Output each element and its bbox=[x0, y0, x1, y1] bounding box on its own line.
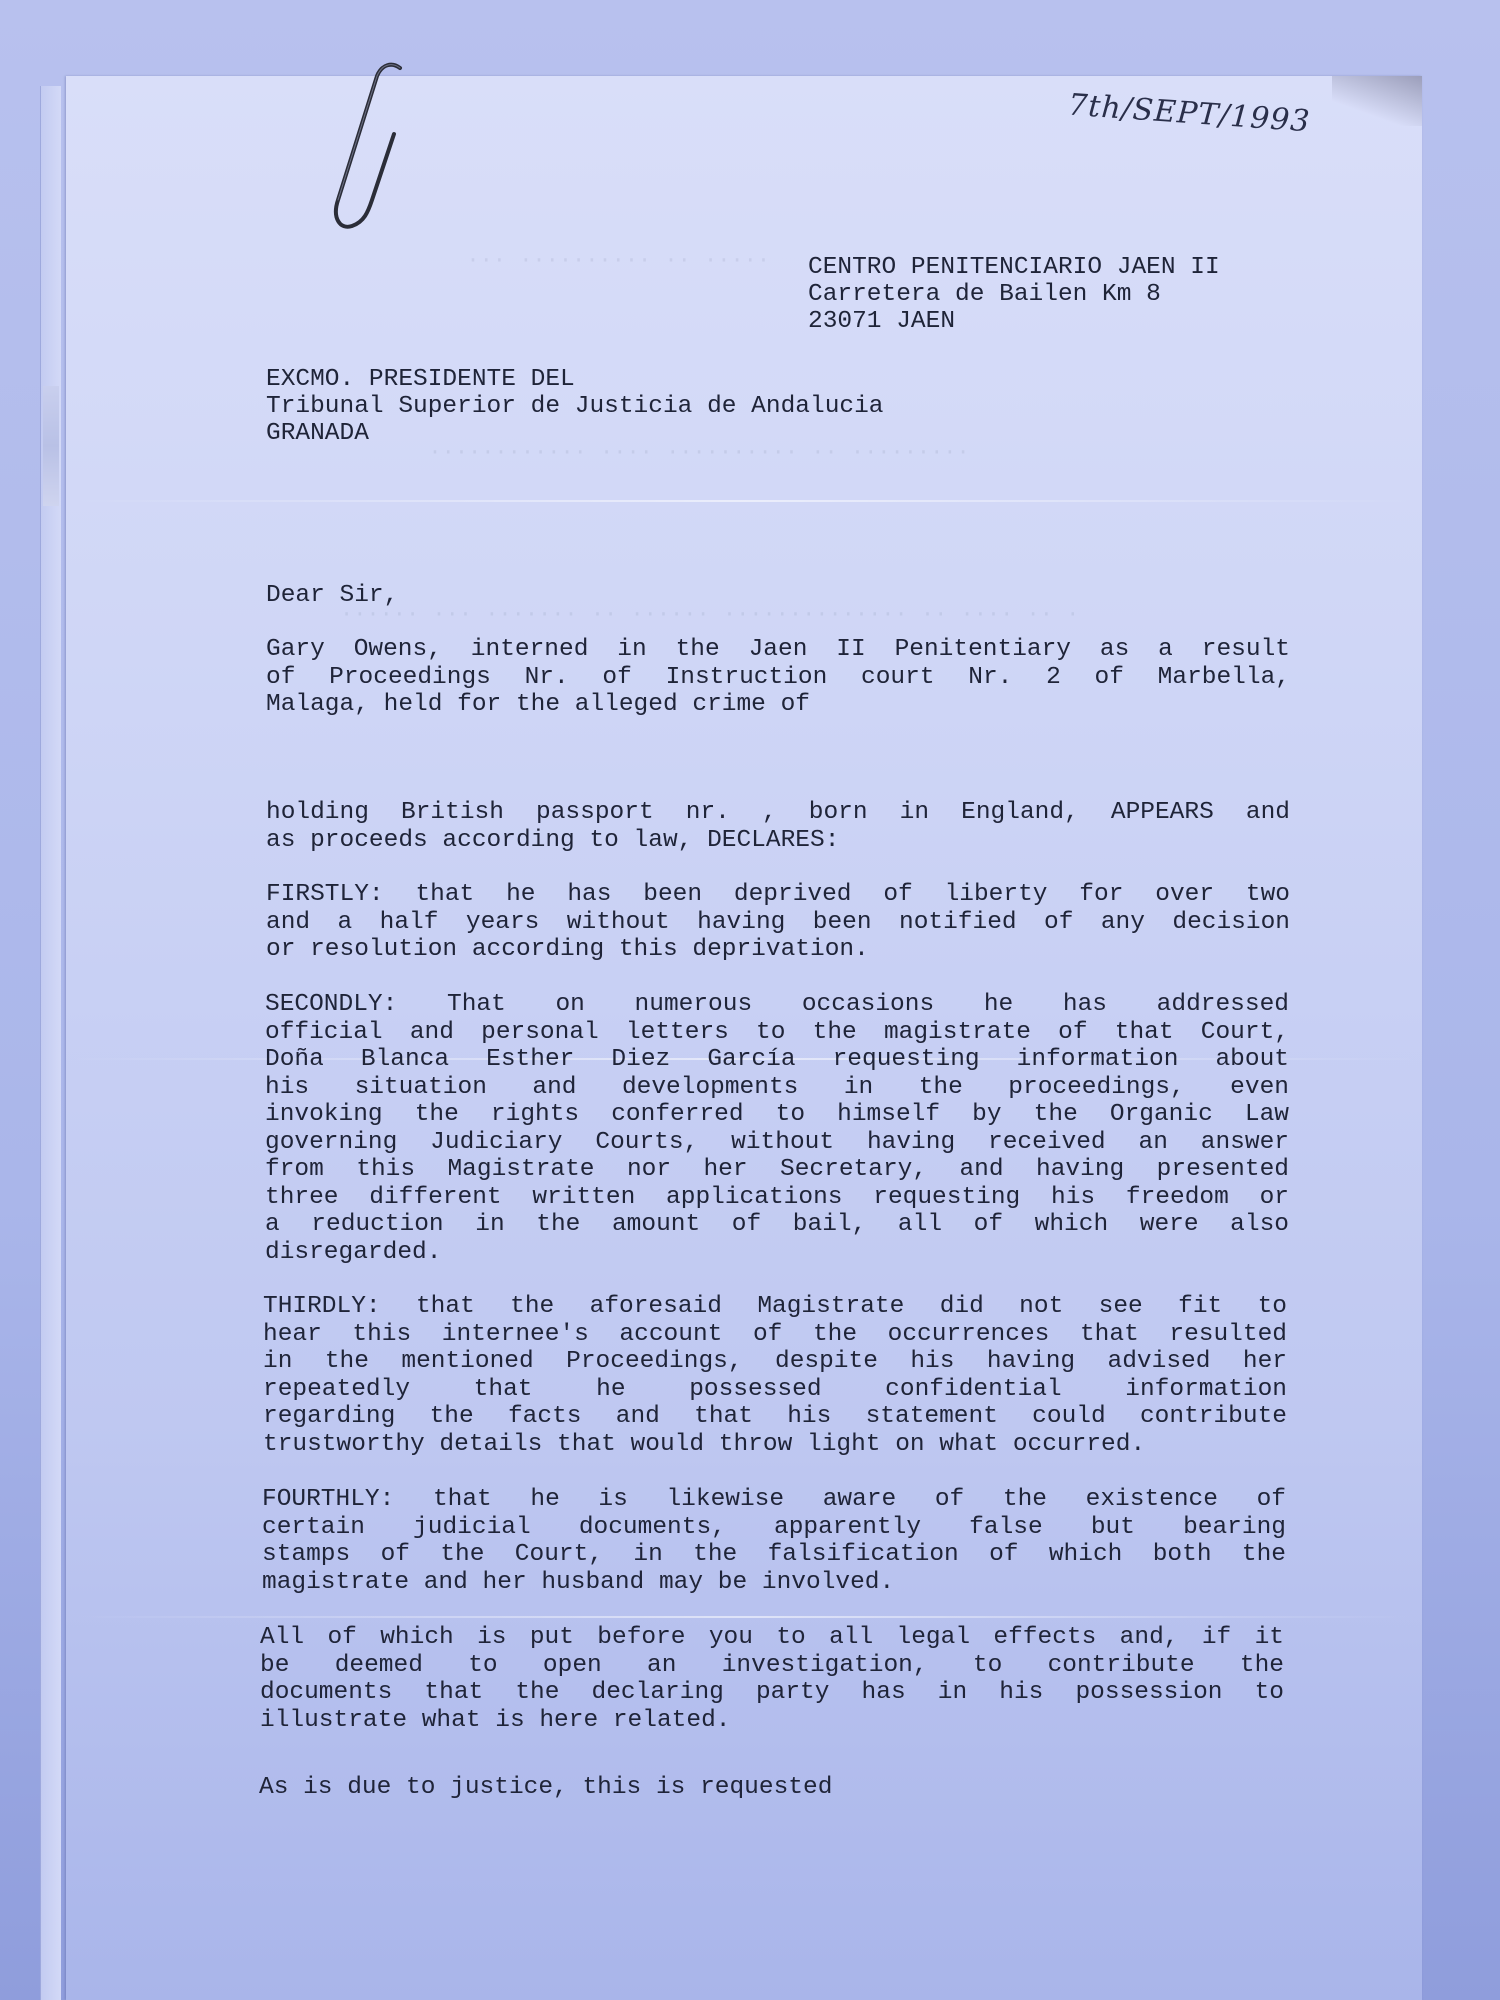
text-line: Malaga, held for the alleged crime of bbox=[266, 691, 1290, 719]
sender-address-line-1: CENTRO PENITENCIARIO JAEN II bbox=[808, 254, 1220, 282]
salutation: Dear Sir, bbox=[266, 582, 398, 610]
recipient-address-line-3: GRANADA bbox=[266, 420, 369, 448]
text-line: official and personal letters to the mag… bbox=[265, 1019, 1289, 1047]
text-line: regarding the facts and that his stateme… bbox=[263, 1403, 1287, 1431]
recipient-address-line-1: EXCMO. PRESIDENTE DEL bbox=[266, 366, 575, 394]
text-line: stamps of the Court, in the falsificatio… bbox=[262, 1541, 1286, 1569]
intro-paragraph: Gary Owens, interned in the Jaen II Peni… bbox=[266, 636, 1290, 719]
text-line: invoking the rights conferred to himself… bbox=[265, 1101, 1289, 1129]
appearance-paragraph: holding British passport nr. , born in E… bbox=[266, 799, 1290, 854]
closing-paragraph: All of which is put before you to all le… bbox=[260, 1624, 1284, 1734]
text-line: three different written applications req… bbox=[265, 1184, 1289, 1212]
text-line: All of which is put before you to all le… bbox=[260, 1624, 1284, 1652]
text-line: of Proceedings Nr. of Instruction court … bbox=[266, 664, 1290, 692]
text-line: and a half years without having been not… bbox=[266, 909, 1290, 937]
firstly-paragraph: FIRSTLY: that he has been deprived of li… bbox=[266, 881, 1290, 964]
text-line: documents that the declaring party has i… bbox=[260, 1679, 1284, 1707]
secondly-paragraph: SECONDLY: That on numerous occasions he … bbox=[265, 991, 1289, 1266]
text-line: holding British passport nr. , born in E… bbox=[266, 799, 1290, 827]
text-line: illustrate what is here related. bbox=[260, 1707, 1284, 1735]
text-line: Doña Blanca Esther Diez García requestin… bbox=[265, 1046, 1289, 1074]
text-line: FIRSTLY: that he has been deprived of li… bbox=[266, 881, 1290, 909]
text-line: FOURTHLY: that he is likewise aware of t… bbox=[262, 1486, 1286, 1514]
text-line: as proceeds according to law, DECLARES: bbox=[266, 827, 1290, 855]
text-line: SECONDLY: That on numerous occasions he … bbox=[265, 991, 1289, 1019]
sender-address-line-3: 23071 JAEN bbox=[808, 308, 955, 336]
text-line: repeatedly that he possessed confidentia… bbox=[263, 1376, 1287, 1404]
text-line: be deemed to open an investigation, to c… bbox=[260, 1652, 1284, 1680]
text-line: from this Magistrate nor her Secretary, … bbox=[265, 1156, 1289, 1184]
text-line: or resolution according this deprivation… bbox=[266, 936, 1290, 964]
sender-address-line-2: Carretera de Bailen Km 8 bbox=[808, 281, 1161, 309]
text-line: hear this internee's account of the occu… bbox=[263, 1321, 1287, 1349]
text-line: his situation and developments in the pr… bbox=[265, 1074, 1289, 1102]
torn-edge bbox=[43, 386, 59, 506]
text-line: Gary Owens, interned in the Jaen II Peni… bbox=[266, 636, 1290, 664]
text-line: a reduction in the amount of bail, all o… bbox=[265, 1211, 1289, 1239]
show-through-text: ············ ···· ·········· ·· ········… bbox=[270, 440, 970, 465]
thirdly-paragraph: THIRDLY: that the aforesaid Magistrate d… bbox=[263, 1293, 1287, 1458]
text-line: governing Judiciary Courts, without havi… bbox=[265, 1129, 1289, 1157]
text-line: disregarded. bbox=[265, 1239, 1289, 1267]
corner-shadow bbox=[1332, 76, 1422, 126]
underlying-page-edge bbox=[40, 86, 61, 2000]
final-request-line: As is due to justice, this is requested bbox=[259, 1774, 832, 1802]
recipient-address-line-2: Tribunal Superior de Justicia de Andaluc… bbox=[266, 393, 884, 421]
show-through-text: ··· ·········· ·· ····· bbox=[440, 248, 770, 273]
text-line: THIRDLY: that the aforesaid Magistrate d… bbox=[263, 1293, 1287, 1321]
text-line: magistrate and her husband may be involv… bbox=[262, 1569, 1286, 1597]
text-line: in the mentioned Proceedings, despite hi… bbox=[263, 1348, 1287, 1376]
paper-fold-line bbox=[66, 500, 1422, 502]
show-through-text: ······ ··· ······· ·· ······ ···········… bbox=[340, 602, 1079, 627]
text-line: certain judicial documents, apparently f… bbox=[262, 1514, 1286, 1542]
text-line: trustworthy details that would throw lig… bbox=[263, 1431, 1287, 1459]
paperclip-icon bbox=[322, 60, 412, 240]
fourthly-paragraph: FOURTHLY: that he is likewise aware of t… bbox=[262, 1486, 1286, 1596]
paper-fold-line bbox=[66, 1616, 1422, 1618]
